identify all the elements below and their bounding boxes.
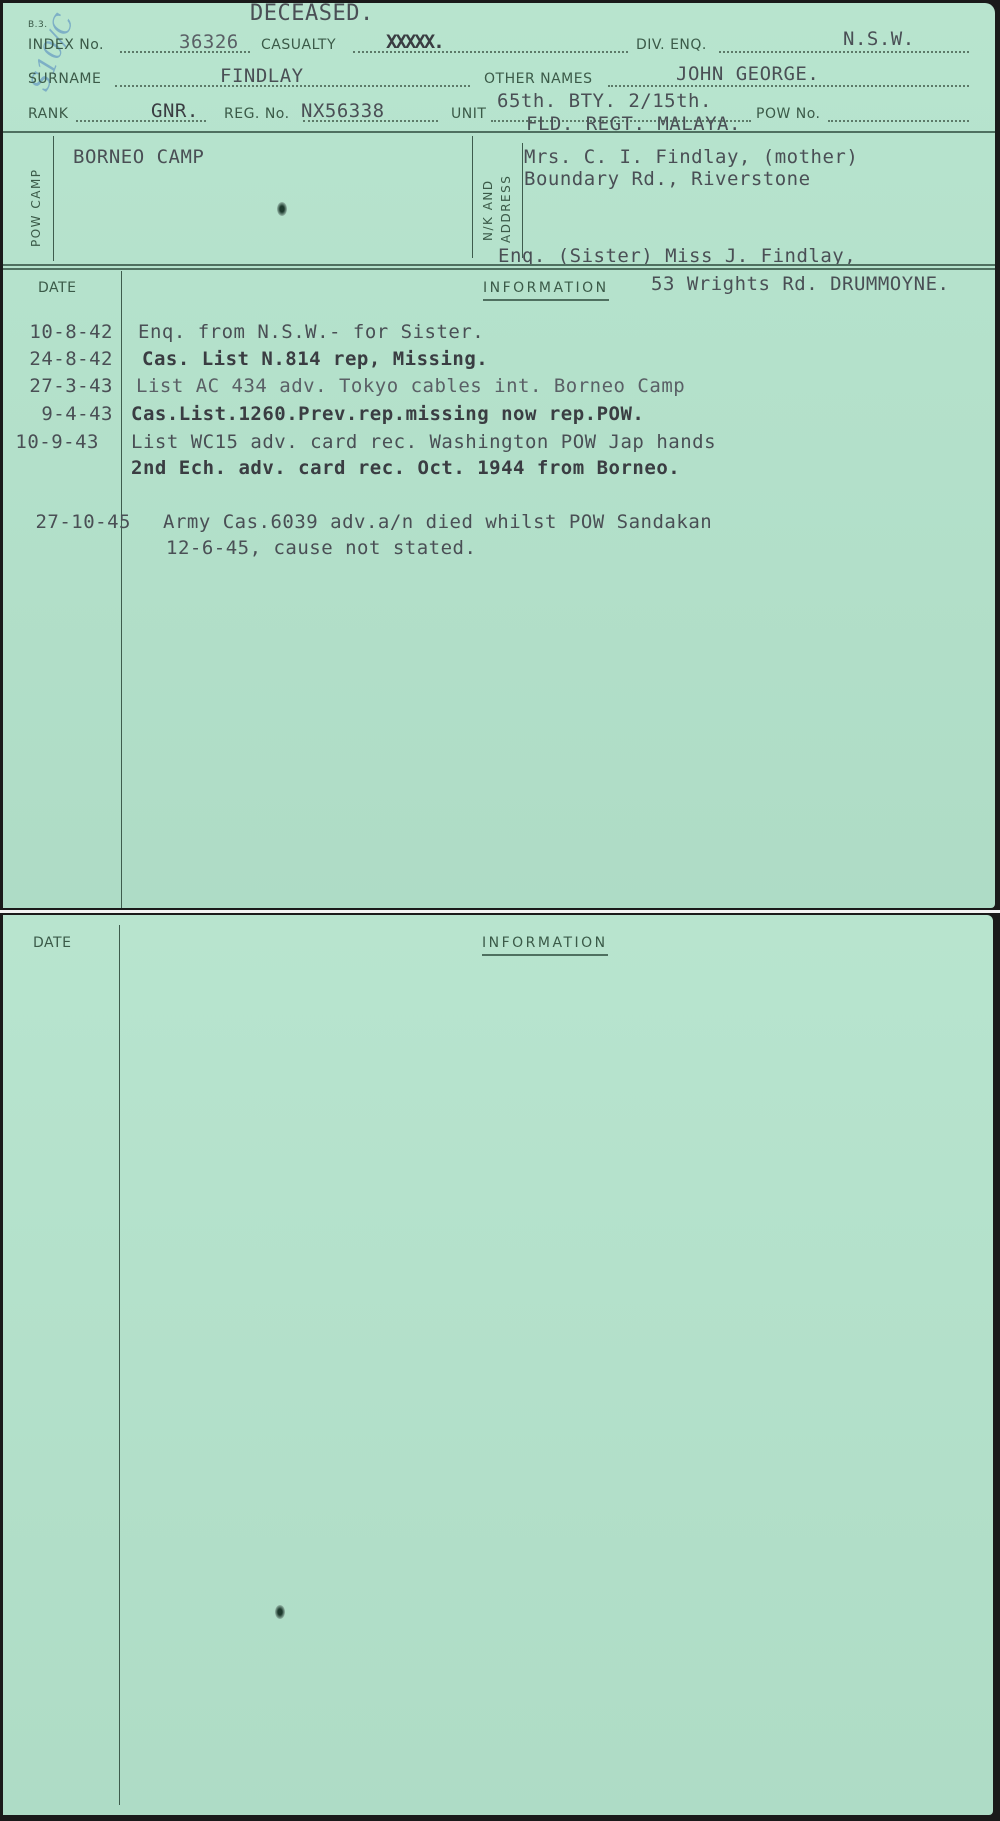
entry-date: 9-4-43 (41, 403, 113, 425)
reg-no-value: NX56338 (301, 100, 385, 122)
pow-no-dots (828, 120, 969, 122)
back-date-column-divider (119, 925, 120, 1805)
nok-line-4: 53 Wrights Rd. DRUMMOYNE. (651, 273, 949, 295)
entry-date: 10-9-43 (15, 431, 99, 453)
nok-line-2: Boundary Rd., Riverstone (524, 168, 811, 190)
surname-label: SURNAME (28, 71, 101, 87)
nok-right-divider (522, 143, 523, 258)
entry-information: Enq. from N.S.W.- for Sister. (138, 321, 484, 343)
card-separator (0, 910, 1000, 913)
pow-camp-divider (53, 136, 54, 261)
entry-information: 12-6-45, cause not stated. (166, 537, 476, 559)
div-enq-dots (719, 51, 969, 53)
table-divider-top (3, 264, 995, 266)
pow-camp-value: BORNEO CAMP (73, 146, 204, 168)
rank-label: RANK (28, 106, 68, 122)
form-code: B.3. (28, 20, 48, 30)
header-divider (3, 131, 995, 133)
nok-label-line2: ADDRESS (499, 175, 513, 243)
casualty-card-back: DATE INFORMATION (3, 915, 993, 1815)
status-stamp: DECEASED. (250, 1, 374, 26)
entry-information: Army Cas.6039 adv.a/n died whilst POW Sa… (163, 511, 712, 533)
casualty-label: CASUALTY (261, 37, 336, 53)
back-date-header: DATE (33, 935, 71, 951)
punch-hole (277, 202, 287, 216)
entry-information: List WC15 adv. card rec. Washington POW … (131, 431, 716, 453)
entry-date: 27-3-43 (29, 375, 113, 397)
pow-camp-label: POW CAMP (29, 168, 43, 247)
other-names-dots (608, 85, 969, 87)
nok-label-line1: N/K AND (481, 179, 495, 241)
entry-information: Cas. List N.814 rep, Missing. (142, 348, 488, 370)
reg-no-label: REG. No. (224, 106, 290, 122)
unit-label: UNIT (451, 106, 486, 122)
entry-information: List AC 434 adv. Tokyo cables int. Borne… (136, 375, 685, 397)
entry-date: 24-8-42 (29, 348, 113, 370)
unit-value-line1: 65th. BTY. 2/15th. (497, 90, 712, 112)
information-header: INFORMATION (483, 280, 609, 301)
surname-value: FINDLAY (220, 65, 304, 87)
table-divider-bottom (3, 268, 995, 270)
rank-value: GNR. (151, 100, 199, 122)
nok-left-divider (472, 136, 473, 258)
index-no-label: INDEX No. (28, 37, 104, 53)
date-header: DATE (38, 280, 76, 296)
pow-no-label: POW No. (756, 106, 821, 122)
entry-information: 2nd Ech. adv. card rec. Oct. 1944 from B… (131, 457, 680, 479)
other-names-value: JOHN GEORGE. (676, 63, 819, 85)
nok-line-1: Mrs. C. I. Findlay, (mother) (524, 146, 858, 168)
back-information-header: INFORMATION (482, 935, 608, 956)
div-enq-label: DIV. ENQ. (636, 37, 707, 53)
date-column-divider (121, 271, 122, 908)
entry-date: 10-8-42 (29, 321, 113, 343)
other-names-label: OTHER NAMES (484, 71, 592, 87)
casualty-card-front: S10/C B.3. DECEASED. INDEX No. 36326 CAS… (3, 3, 995, 908)
entry-date: 27-10-45 (35, 511, 131, 533)
back-punch-hole (275, 1605, 285, 1619)
entry-information: Cas.List.1260.Prev.rep.missing now rep.P… (131, 403, 644, 425)
index-no-value: 36326 (179, 31, 239, 53)
div-enq-value: N.S.W. (843, 28, 915, 50)
casualty-value: XXXXX. (386, 31, 443, 53)
